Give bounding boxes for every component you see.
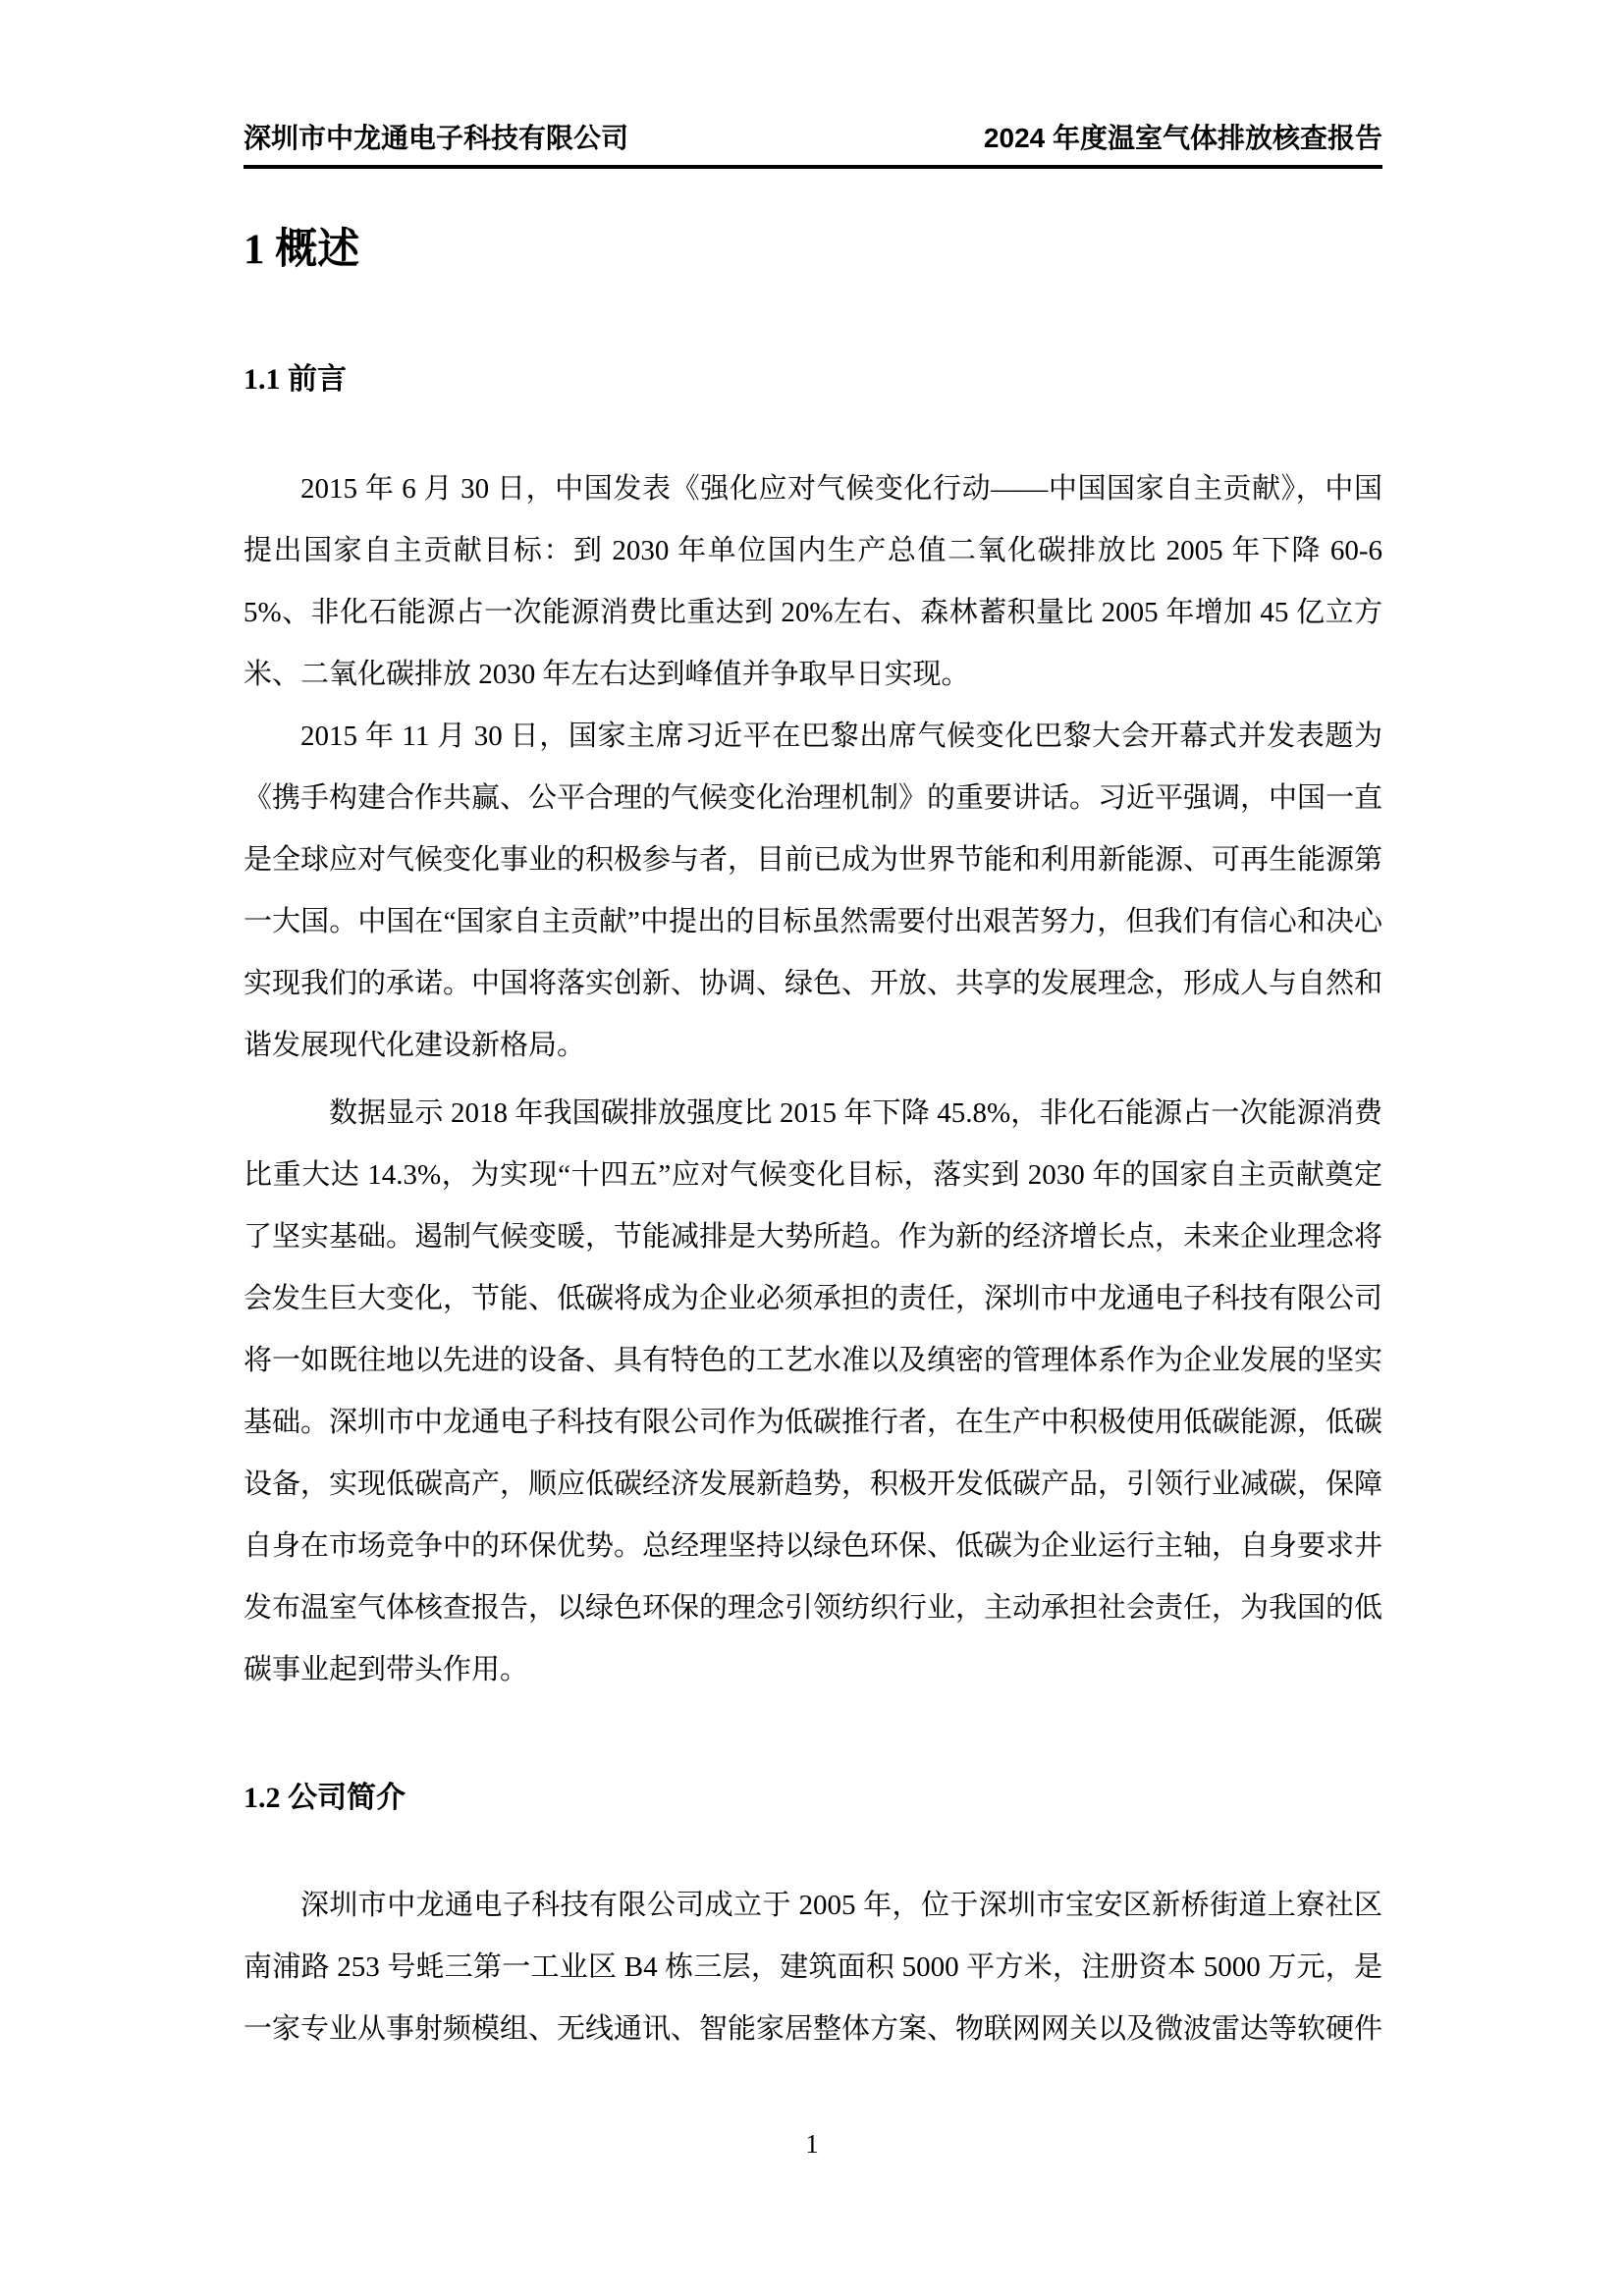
chapter-title-overview: 1 概述 (244, 228, 1382, 272)
paragraph-paris-speech: 2015 年 11 月 30 日，国家主席习近平在巴黎出席气候变化巴黎大会开幕式… (244, 706, 1382, 1077)
paragraph-ndc-targets: 2015 年 6 月 30 日，中国发表《强化应对气候变化行动——中国国家自主贡… (244, 458, 1382, 706)
section-heading-foreword: 1.1 前言 (244, 363, 1382, 396)
header-report-title: 2024 年度温室气体排放核查报告 (984, 125, 1382, 152)
paragraph-carbon-intensity: 数据显示 2018 年我国碳排放强度比 2015 年下降 45.8%，非化石能源… (244, 1083, 1382, 1701)
document-page: 深圳市中龙通电子科技有限公司 2024 年度温室气体排放核查报告 1 概述 1.… (0, 0, 1624, 2296)
page-number: 1 (0, 2130, 1624, 2160)
page-content: 深圳市中龙通电子科技有限公司 2024 年度温室气体排放核查报告 1 概述 1.… (244, 0, 1382, 2060)
header-divider (244, 165, 1382, 169)
page-header: 深圳市中龙通电子科技有限公司 2024 年度温室气体排放核查报告 (244, 0, 1382, 152)
paragraph-company-intro: 深圳市中龙通电子科技有限公司成立于 2005 年，位于深圳市宝安区新桥街道上寮社… (244, 1875, 1382, 2060)
header-company-name: 深圳市中龙通电子科技有限公司 (244, 125, 628, 152)
section-heading-company-profile: 1.2 公司简介 (244, 1782, 1382, 1814)
